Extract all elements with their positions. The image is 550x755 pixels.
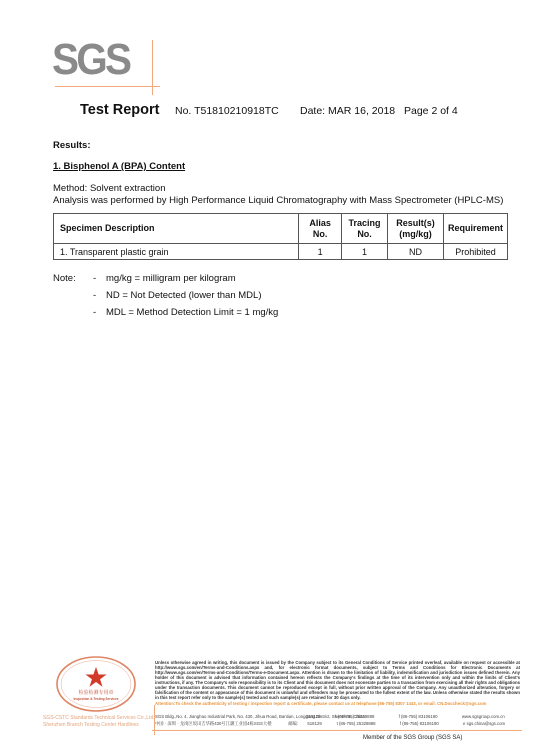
note-text: mg/kg = milligram per kilogram [106, 273, 236, 284]
address-chinese: 中国 · 深圳 · 龙岗区坂田吉华路430号江灏工业园4栋SGS大楼 [155, 721, 287, 727]
telephone: t (86-755) 25328888 [337, 721, 399, 726]
bullet-dash: - [93, 290, 106, 301]
report-number: No. T51810210918TC [175, 105, 279, 117]
cell-alias: 1 [299, 244, 342, 260]
page-indicator: Page 2 of 4 [404, 105, 458, 117]
authenticity-notice: Attention:To check the authenticity of t… [155, 701, 520, 706]
logo-vertical-rule [152, 40, 153, 95]
results-heading: Results: [53, 140, 90, 151]
results-table: Specimen Description AliasNo. TracingNo.… [53, 213, 508, 260]
member-statement: Member of the SGS Group (SGS SA) [363, 735, 462, 741]
header-result-line1: Result(s) [392, 218, 439, 229]
report-date: Date: MAR 16, 2018 [300, 105, 395, 117]
cell-result: ND [388, 244, 444, 260]
header-alias-no: AliasNo. [299, 214, 342, 244]
header-tracing-line2: No. [346, 229, 383, 240]
email-link[interactable]: e sgs.china@sgs.com [463, 721, 505, 726]
stamp-caption-company: SGS-CSTC Standards Technical Services Co… [43, 715, 155, 722]
website-link[interactable]: www.sgsgroup.com.cn [462, 714, 505, 719]
stamp-caption: SGS-CSTC Standards Technical Services Co… [43, 715, 155, 729]
legal-disclaimer: Unless otherwise agreed in writing, this… [155, 660, 520, 700]
note-item: -ND = Not Detected (lower than MDL) [93, 290, 262, 301]
header-results: Result(s)(mg/kg) [388, 214, 444, 244]
cell-specimen: 1. Transparent plastic grain [54, 244, 299, 260]
header-specimen-description: Specimen Description [54, 214, 299, 244]
official-seal-stamp-icon: 检验检测专用章 Inspection & Testing Services [55, 655, 137, 713]
header-alias-line2: No. [303, 229, 337, 240]
header-result-line2: (mg/kg) [392, 229, 439, 240]
postcode-label: 邮编: [288, 721, 306, 727]
logo-horizontal-rule [55, 86, 160, 87]
report-title: Test Report [80, 102, 160, 118]
bullet-dash: - [93, 273, 106, 284]
cell-tracing: 1 [342, 244, 388, 260]
address-english: SGS Bldg.,No. 4, Jianghao Industrial Par… [155, 714, 305, 719]
header-requirement: Requirement [443, 214, 507, 244]
svg-text:Inspection & Testing Services: Inspection & Testing Services [73, 697, 118, 701]
note-text: MDL = Method Detection Limit = 1 mg/kg [106, 307, 278, 318]
fax: f (86-755) 83106190 [400, 721, 462, 726]
cell-requirement: Prohibited [443, 244, 507, 260]
method-line: Method: Solvent extraction [53, 183, 503, 195]
address-row-chinese: 中国 · 深圳 · 龙岗区坂田吉华路430号江灏工业园4栋SGS大楼 邮编: 5… [155, 721, 505, 727]
header-tracing-line1: Tracing [346, 218, 383, 229]
note-label: Note: [53, 273, 76, 284]
postcode: 518129 [307, 721, 335, 726]
method-description: Method: Solvent extraction Analysis was … [53, 183, 503, 207]
svg-text:检验检测专用章: 检验检测专用章 [78, 689, 113, 696]
note-text: ND = Not Detected (lower than MDL) [106, 290, 262, 301]
header-tracing-no: TracingNo. [342, 214, 388, 244]
postcode: 518129 [306, 714, 334, 719]
header-alias-line1: Alias [303, 218, 337, 229]
address-row-english: SGS Bldg.,No. 4, Jianghao Industrial Par… [155, 714, 505, 719]
telephone: t (86-755) 25328888 [335, 714, 397, 719]
analysis-line: Analysis was performed by High Performan… [53, 195, 503, 207]
stamp-caption-branch: Shenzhen Branch Testing Center Hardlines [43, 722, 155, 729]
bullet-dash: - [93, 307, 106, 318]
table-header-row: Specimen Description AliasNo. TracingNo.… [54, 214, 508, 244]
note-item: -MDL = Method Detection Limit = 1 mg/kg [93, 307, 278, 318]
table-row: 1. Transparent plastic grain 1 1 ND Proh… [54, 244, 508, 260]
note-item: -mg/kg = milligram per kilogram [93, 273, 236, 284]
fax: f (86-755) 83106190 [399, 714, 461, 719]
footer-rule [152, 730, 522, 731]
sgs-logo: SGS [52, 38, 129, 82]
section-title: 1. Bisphenol A (BPA) Content [53, 161, 185, 172]
